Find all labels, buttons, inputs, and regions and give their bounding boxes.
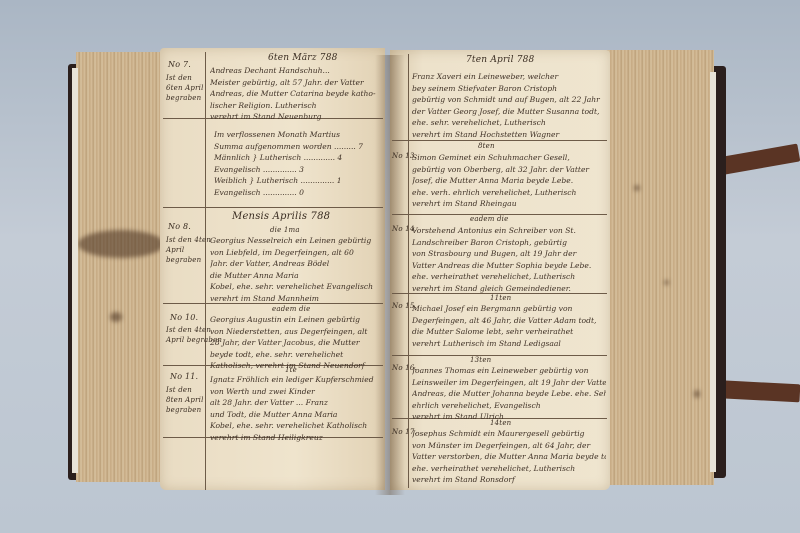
- entry-line: Meister gebürtig, alt 57 Jahr. der Vatte…: [210, 78, 382, 90]
- entry-line: ehe. verheirathet verehelichet, Lutheris…: [412, 272, 606, 284]
- entry-line: die Mutter Anna Maria: [210, 271, 382, 283]
- entry-line: ehrlich verehelichet, Evangelisch: [412, 401, 606, 413]
- margin-note: Ist den 4ten: [166, 236, 211, 244]
- endpaper-left: [72, 68, 78, 473]
- entry-line: Im verflossenen Monath Martius: [214, 130, 382, 142]
- day-heading: 13ten: [470, 356, 491, 364]
- entry-line: alt 28 Jahr. der Vatter ... Franz: [210, 398, 382, 410]
- entry-line: von Liebfeld, im Degerfeingen, alt 60: [210, 248, 382, 260]
- margin-note: Ist den: [166, 74, 192, 82]
- entry-line: Franz Xaveri ein Leineweber, welcher: [412, 72, 606, 84]
- entry-line: Kobel, ehe. sehr. verehelichet Katholisc…: [210, 421, 382, 433]
- entry-text: Joannes Thomas ein Leineweber gebürtig v…: [412, 366, 606, 424]
- entry-line: Vatter Andreas die Mutter Sophia beyde L…: [412, 261, 606, 273]
- entry-text: Andreas Dechant Handschuh... Meister geb…: [210, 66, 382, 124]
- entry-text: Josephus Schmidt ein Maurergesell gebürt…: [412, 429, 606, 487]
- entry-text: Franz Xaveri ein Leineweber, welcher bey…: [412, 72, 606, 141]
- entry-number: No 11.: [170, 372, 198, 381]
- right-page-date: 7ten April 788: [466, 55, 535, 65]
- entry-line: Simon Geminet ein Schuhmacher Gesell,: [412, 153, 606, 165]
- entry-number: No 10.: [170, 313, 198, 322]
- margin-note: 8ten April: [166, 396, 204, 404]
- entry-line: der Vatter Georg Josef, die Mutter Susan…: [412, 107, 606, 119]
- month-heading: Mensis Aprilis 788: [232, 211, 330, 222]
- entry-line: von Werth und zwei Kinder: [210, 387, 382, 399]
- entry-line: Josef, die Mutter Anna Maria beyde Lebe.: [412, 176, 606, 188]
- entry-line: die Mutter Salome lebt, sehr verheirathe…: [412, 327, 606, 339]
- right-margin-rule: [408, 54, 409, 488]
- entry-line: gebürtig von Schmidt und auf Bugen, alt …: [412, 95, 606, 107]
- day-heading: eadem die: [470, 215, 508, 223]
- entry-text: Simon Geminet ein Schuhmacher Gesell, ge…: [412, 153, 606, 211]
- margin-note: Ist den: [166, 386, 192, 394]
- entry-text: Ignatz Fröhlich ein lediger Kupferschmie…: [210, 375, 382, 444]
- entry-number: No 8.: [168, 222, 191, 231]
- day-heading: die 1ma: [270, 226, 300, 234]
- entry-line: Männlich } Lutherisch ............. 4: [214, 153, 382, 165]
- entry-line: von Strasbourg und Bugen, alt 19 Jahr de…: [412, 249, 606, 261]
- rule: [163, 207, 383, 208]
- margin-note: begraben: [166, 406, 201, 414]
- entry-text: Georgius Nesselreich ein Leinen gebürtig…: [210, 236, 382, 305]
- entry-line: Andreas, die Mutter Catarina beyde katho…: [210, 89, 382, 101]
- endpaper-right: [710, 72, 716, 472]
- entry-line: Andreas, die Mutter Johanna beyde Lebe. …: [412, 389, 606, 401]
- margin-note: Ist den 4ten: [166, 326, 211, 334]
- entry-line: Evangelisch .............. 3: [214, 165, 382, 177]
- entry-line: Evangelisch .............. 0: [214, 188, 382, 200]
- day-heading: 11ten: [490, 294, 511, 302]
- page-block-right: [604, 50, 714, 485]
- monthly-summary: Im verflossenen Monath Martius Summa auf…: [214, 130, 382, 199]
- entry-line: Landschreiber Baron Cristoph, gebürtig: [412, 238, 606, 250]
- entry-line: Kobel, ehe. sehr. verehelichet Evangelis…: [210, 282, 382, 294]
- entry-line: Ignatz Fröhlich ein lediger Kupferschmie…: [210, 375, 382, 387]
- entry-number: No 7.: [168, 60, 191, 69]
- margin-note: 6ten April: [166, 84, 204, 92]
- entry-line: verehrt im Stand Mannheim: [210, 294, 382, 306]
- margin-note: begraben: [166, 256, 201, 264]
- entry-line: Vorstehend Antonius ein Schreiber von St…: [412, 226, 606, 238]
- entry-line: von Münster im Degerfeingen, alt 64 Jahr…: [412, 441, 606, 453]
- entry-line: Leinsweiler im Degerfeingen, alt 19 Jahr…: [412, 378, 606, 390]
- entry-line: Josephus Schmidt ein Maurergesell gebürt…: [412, 429, 606, 441]
- entry-line: und Todt, die Mutter Anna Maria: [210, 410, 382, 422]
- entry-line: von Niederstetten, aus Degerfeingen, alt: [210, 327, 382, 339]
- entry-line: Michael Josef ein Bergmann gebürtig von: [412, 304, 606, 316]
- entry-text: Georgius Augustin ein Leinen gebürtig vo…: [210, 315, 382, 373]
- entry-line: Jahr. der Vatter, Andreas Bödel: [210, 259, 382, 271]
- entry-line: Georgius Nesselreich ein Leinen gebürtig: [210, 236, 382, 248]
- entry-line: verehrt im Stand Rheingau: [412, 199, 606, 211]
- margin-note: begraben: [166, 94, 201, 102]
- entry-line: Summa aufgenommen worden ......... 7: [214, 142, 382, 154]
- entry-line: bey seinem Stiefvater Baron Cristoph: [412, 84, 606, 96]
- entry-line: 28 Jahr, der Vatter Jacobus, die Mutter: [210, 338, 382, 350]
- entry-line: Georgius Augustin ein Leinen gebürtig: [210, 315, 382, 327]
- day-heading: 14ten: [490, 419, 511, 427]
- entry-line: gebürtig von Oberberg, alt 32 Jahr. der …: [412, 165, 606, 177]
- entry-text: Michael Josef ein Bergmann gebürtig von …: [412, 304, 606, 350]
- entry-line: ehe. verheirathet verehelichet, Lutheris…: [412, 464, 606, 476]
- entry-line: lischer Religion. Lutherisch: [210, 101, 382, 113]
- day-heading: eadem die: [272, 305, 310, 313]
- entry-line: verehrt im Stand Hochstetten Wagner: [412, 130, 606, 142]
- left-page-date: 6ten März 788: [268, 53, 338, 63]
- entry-line: verehrt im Stand Heiligkreuz: [210, 433, 382, 445]
- entry-line: verehrt im Stand Ronsdorf: [412, 475, 606, 487]
- entry-line: Joannes Thomas ein Leineweber gebürtig v…: [412, 366, 606, 378]
- entry-line: ehe. verh. ehrlich verehelichet, Lutheri…: [412, 188, 606, 200]
- day-heading: 1te: [285, 366, 297, 374]
- entry-line: Degerfeingen, alt 46 Jahr, die Vatter Ad…: [412, 316, 606, 328]
- day-heading: 8ten: [478, 142, 495, 150]
- entry-line: Andreas Dechant Handschuh...: [210, 66, 382, 78]
- entry-line: Weiblich } Lutherisch .............. 1: [214, 176, 382, 188]
- entry-line: verehrt im Stand Neuenburg: [210, 112, 382, 124]
- entry-line: verehrt Lutherisch im Stand Ledigsaal: [412, 339, 606, 351]
- page-block-left: [76, 52, 166, 482]
- rule: [392, 355, 607, 356]
- entry-line: ehe. sehr. verehelichet, Lutherisch: [412, 118, 606, 130]
- entry-line: Vatter verstorben, die Mutter Anna Maria…: [412, 452, 606, 464]
- entry-line: beyde todt, ehe. sehr. verehelichet: [210, 350, 382, 362]
- margin-note: April: [166, 246, 184, 254]
- entry-text: Vorstehend Antonius ein Schreiber von St…: [412, 226, 606, 295]
